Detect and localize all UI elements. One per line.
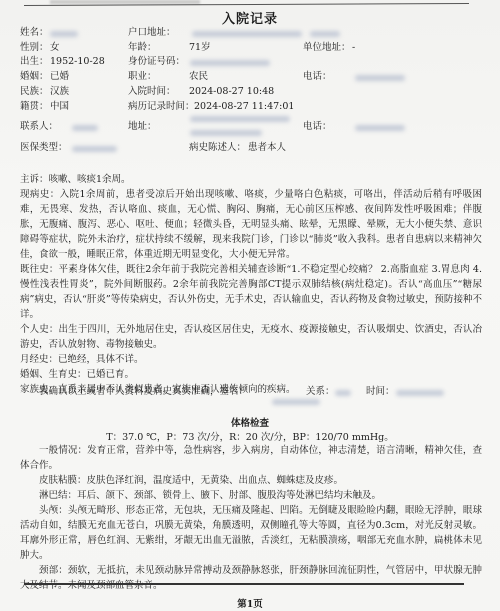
work-address-value: - bbox=[352, 42, 355, 54]
origin-value: 中国 bbox=[50, 101, 69, 113]
admission-record-page: 入院记录 姓名： 户口地址： 性别： 女 年龄： 71岁 单位地址： - 出生：… bbox=[0, 0, 500, 611]
past-history: 既往史：平素身体欠佳，既往2余年前于我院完善相关辅查诊断“1.不稳定型心绞痛？ … bbox=[20, 262, 482, 322]
general-condition: 一般情况：发育正常，营养中等，急性病容，步入病房，自动体位，神志清楚，语言清晰，… bbox=[20, 443, 482, 473]
narrator-label: 病史陈述人： bbox=[189, 142, 246, 154]
marital-value: 已婚 bbox=[50, 71, 69, 83]
marital-label: 婚姻： bbox=[20, 71, 49, 83]
household-address-redacted bbox=[192, 31, 302, 37]
admit-time-label: 入院时间： bbox=[128, 86, 176, 98]
insurance-value-redacted bbox=[72, 146, 117, 152]
time-value-redacted bbox=[396, 390, 444, 396]
contact-phone-label: 电话： bbox=[303, 121, 332, 133]
ethnicity-label: 民族： bbox=[20, 86, 49, 98]
physical-exam-title: 体格检查 bbox=[0, 415, 500, 429]
narrator-value: 患者本人 bbox=[248, 142, 286, 154]
contact-label: 联系人： bbox=[20, 121, 58, 133]
document-title: 入院记录 bbox=[0, 8, 500, 27]
personal-history: 个人史：出生于四川，无外地居住史，否认疫区居住史，无疫水、疫源接触史，否认吸烟史… bbox=[20, 322, 482, 352]
present-illness: 现病史：入院1余周前，患者受凉后开始出现咳嗽、咯痰，少量咯白色粘痰，可咯出，伴活… bbox=[20, 187, 482, 262]
relation-label: 关系： bbox=[306, 386, 335, 398]
footer-divider bbox=[24, 583, 464, 585]
lymph-nodes: 淋巴结：耳后、颌下、颈部、锁骨上、腋下、肘部、腹股沟等处淋巴结均未触及。 bbox=[20, 488, 482, 503]
signature-redacted bbox=[272, 399, 320, 405]
menstrual-history: 月经史：已绝经，具体不详。 bbox=[20, 352, 482, 367]
marital-history: 婚姻、生育史：已婚已育。 bbox=[20, 367, 482, 382]
skin-mucosa: 皮肤粘膜：皮肤色泽红润，温度适中，无黄染、出血点、蜘蛛痣及皮疹。 bbox=[20, 473, 482, 488]
gender-value: 女 bbox=[50, 42, 60, 54]
id-value-redacted bbox=[190, 60, 270, 66]
record-time-label: 病历记录时间： bbox=[128, 101, 195, 113]
physical-exam-section: 一般情况：发育正常，营养中等，急性病容，步入病房，自动体位，神志清楚，语言清晰，… bbox=[20, 443, 482, 593]
page-number: 第1页 bbox=[0, 596, 500, 610]
neck-exam: 颈部：颈软，无抵抗，未见颈动脉异常搏动及颈静脉怒张，肝颈静脉回流征阴性，气管居中… bbox=[20, 563, 482, 593]
history-section: 主诉：咳嗽、咳痰1余周。 现病史：入院1余周前，患者受凉后开始出现咳嗽、咯痰，少… bbox=[20, 172, 482, 397]
occupation-label: 职业： bbox=[128, 71, 157, 83]
ethnicity-value: 汉族 bbox=[50, 86, 69, 98]
phone-value-redacted bbox=[355, 75, 405, 81]
confirmation-text: 我确认以上或者个人资料及病史真实准确，签名： bbox=[39, 386, 248, 398]
birth-value: 1952-10-28 bbox=[50, 56, 105, 68]
contact-address-redacted-2 bbox=[190, 130, 262, 136]
contact-phone-redacted bbox=[355, 125, 405, 131]
work-address-label: 单位地址： bbox=[303, 42, 351, 54]
contact-address-label: 地址： bbox=[128, 121, 157, 133]
origin-label: 籍贯： bbox=[20, 101, 49, 113]
birth-label: 出生： bbox=[20, 56, 49, 68]
name-label: 姓名： bbox=[20, 27, 49, 39]
age-label: 年龄： bbox=[128, 42, 157, 54]
occupation-value: 农民 bbox=[189, 71, 208, 83]
household-address-label: 户口地址： bbox=[128, 27, 176, 39]
chief-complaint: 主诉：咳嗽、咳痰1余周。 bbox=[20, 172, 482, 187]
record-time-value: 2024-08-27 11:47:01 bbox=[194, 101, 294, 113]
vital-signs: T：37.0 ℃，P：73 次/分，R：20 次/分，BP：120/70 mmH… bbox=[0, 429, 500, 443]
name-value-redacted bbox=[50, 31, 78, 37]
gender-label: 性别： bbox=[20, 42, 49, 54]
time-label: 时间： bbox=[366, 386, 395, 398]
relation-value-redacted bbox=[335, 390, 351, 396]
contact-value-redacted bbox=[72, 125, 98, 131]
phone-label: 电话： bbox=[303, 71, 332, 83]
head-exam: 头颅：头颅无畸形、形态正常，无包块，无压痛及隆起、凹陷。无倒睫及眼睑睑内翻，眼睑… bbox=[20, 503, 482, 563]
contact-address-redacted bbox=[190, 116, 290, 122]
age-value: 71岁 bbox=[189, 42, 211, 54]
household-address-redacted-2 bbox=[310, 31, 340, 37]
id-label: 身份证号码： bbox=[128, 56, 185, 68]
insurance-label: 医保类型： bbox=[20, 142, 68, 154]
admit-time-value: 2024-08-27 10:48 bbox=[189, 86, 274, 98]
